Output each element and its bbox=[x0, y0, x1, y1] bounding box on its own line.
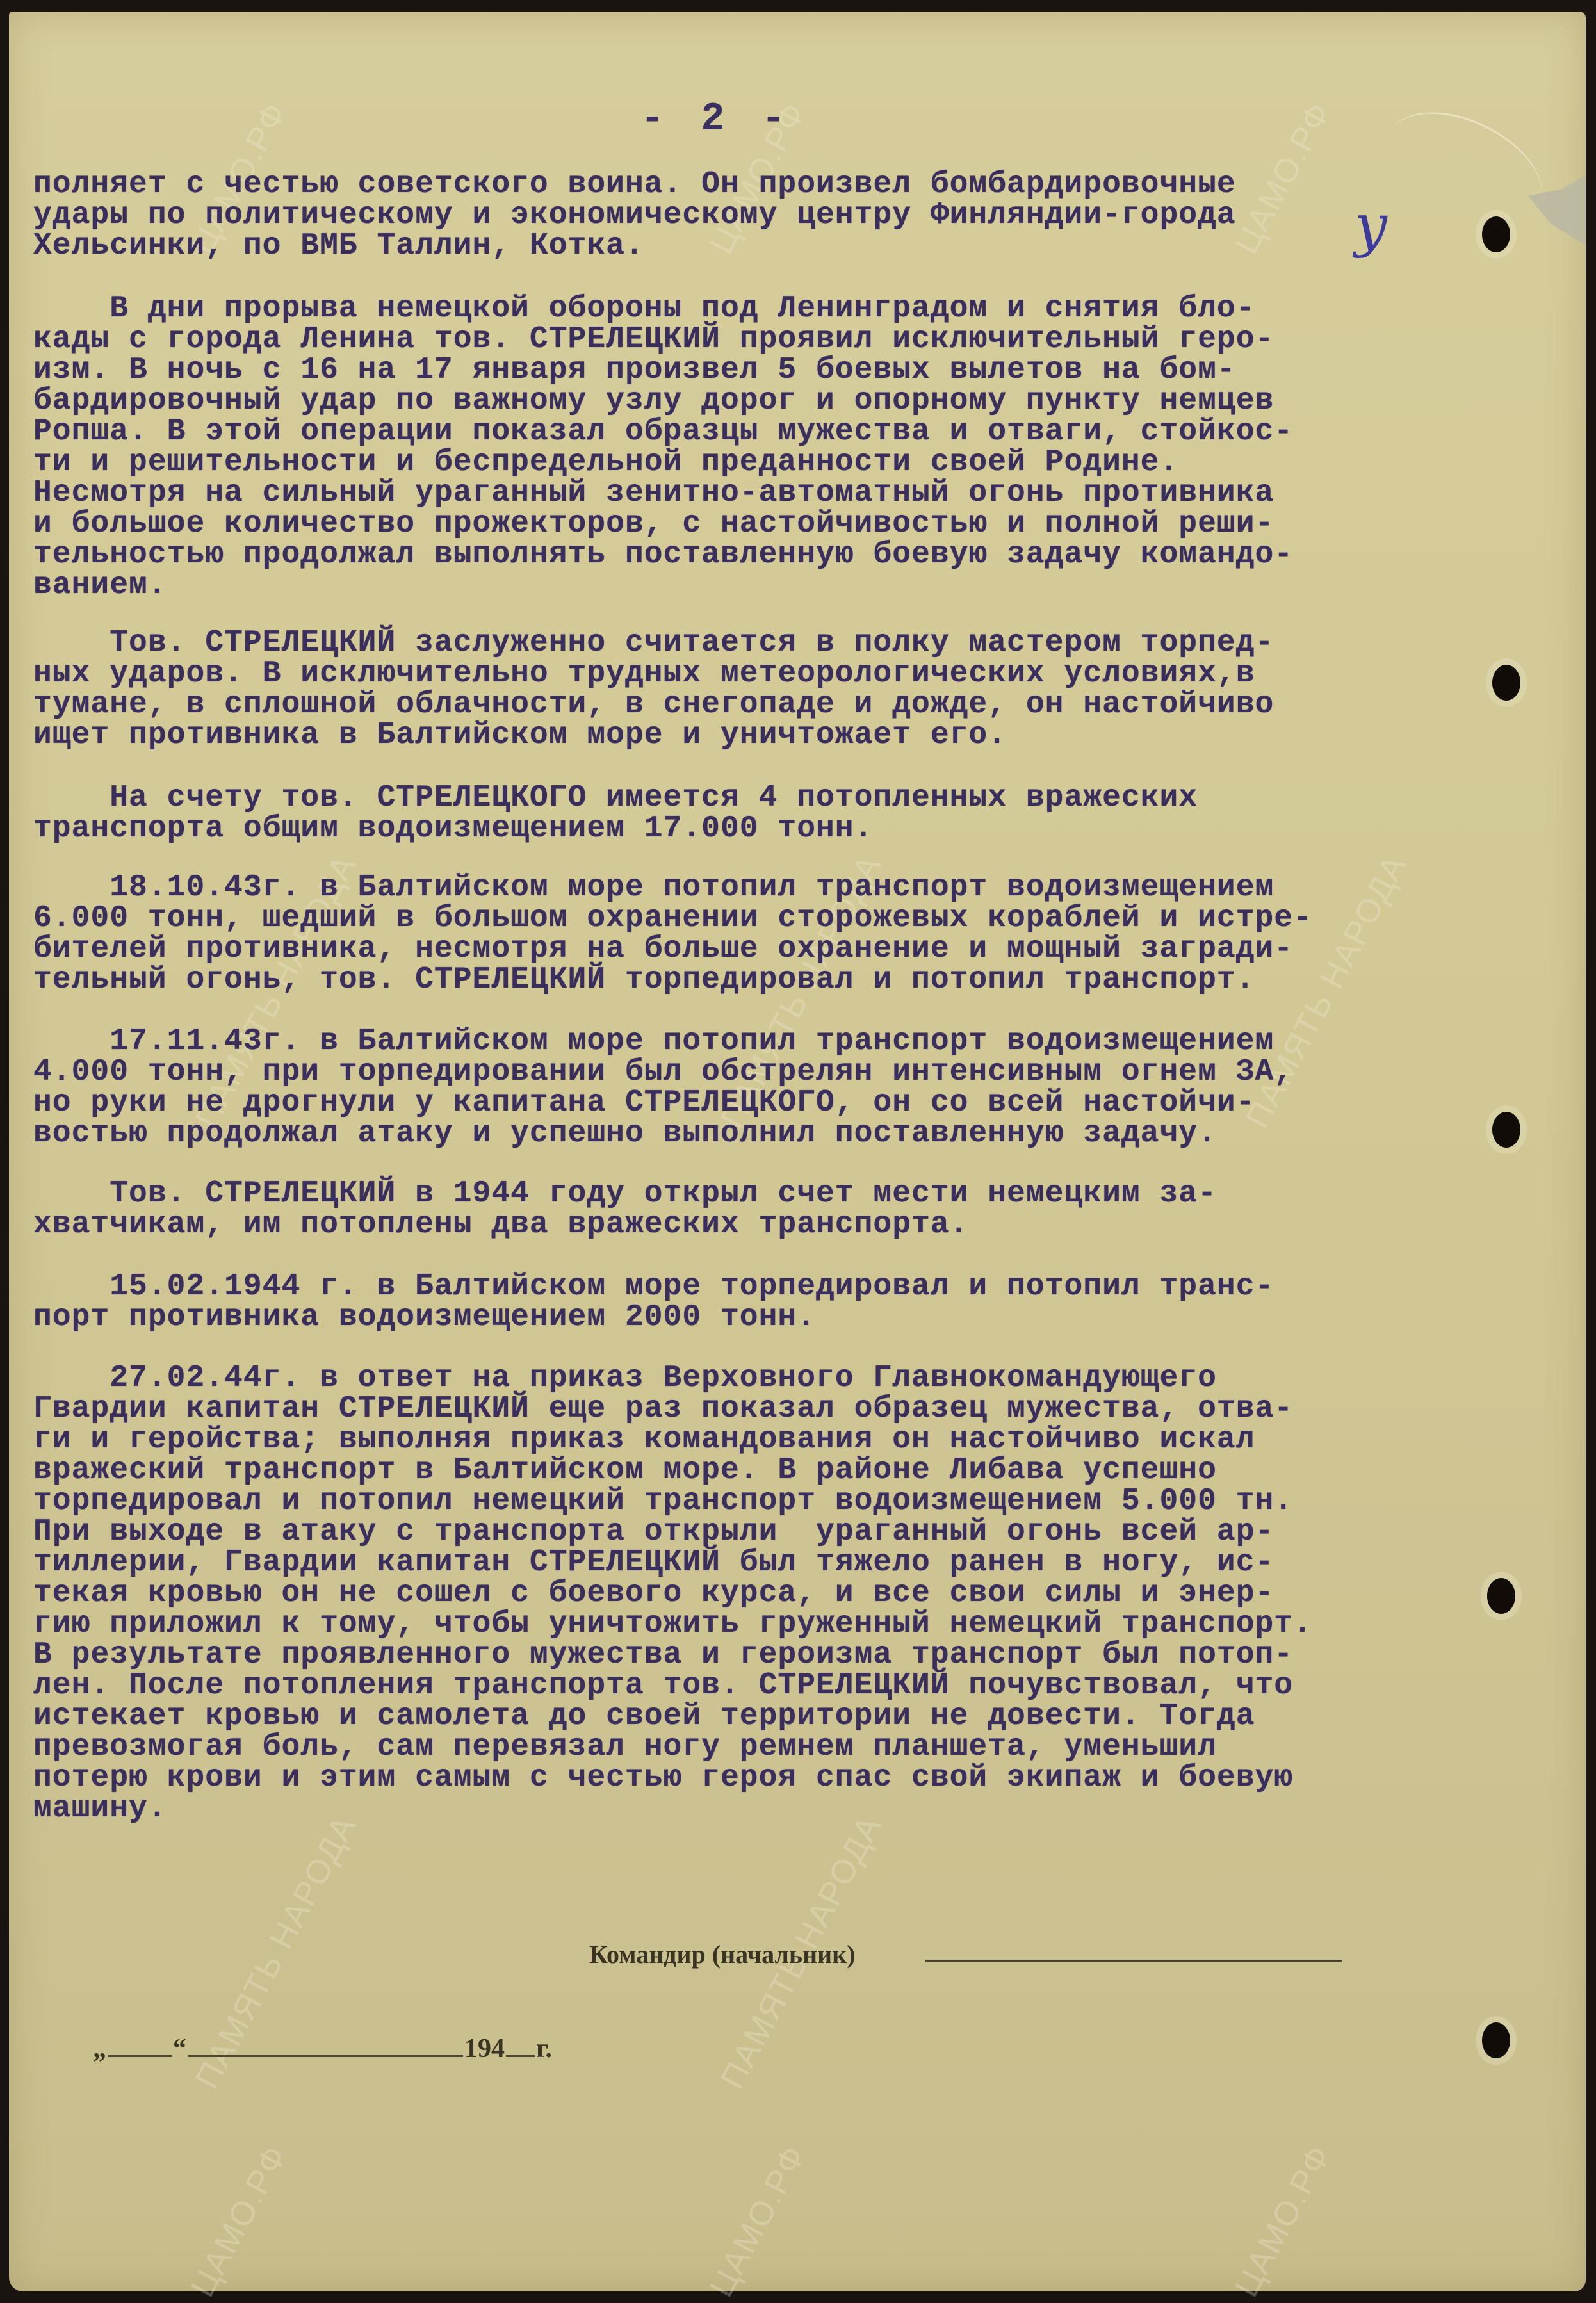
text-line: ти и решительности и беспредельной преда… bbox=[33, 447, 1468, 478]
paragraph-27-02-44: 27.02.44г. в ответ на приказ Верховного … bbox=[33, 1363, 1468, 1824]
text-line: тельностью продолжал выполнять поставлен… bbox=[33, 539, 1468, 570]
text-line: кады с города Ленина тов. СТРЕЛЕЦКИЙ про… bbox=[33, 324, 1468, 355]
punch-hole-icon bbox=[1492, 665, 1520, 701]
year-blank bbox=[506, 2055, 535, 2057]
text-line: ищет противника в Балтийском море и унич… bbox=[33, 720, 1468, 751]
text-line: ных ударов. В исключительно трудных мете… bbox=[33, 658, 1468, 689]
page-number: - 2 - bbox=[640, 96, 792, 142]
commander-signature-label: Командир (начальник) bbox=[589, 1939, 856, 1969]
punch-hole-icon bbox=[1492, 1112, 1520, 1148]
text-line: 6.000 тонн, шедший в большом охранении с… bbox=[33, 903, 1468, 934]
text-line: превозмогая боль, сам перевязал ногу рем… bbox=[33, 1732, 1468, 1762]
paragraph-17-11-43: 17.11.43г. в Балтийском море потопил тра… bbox=[33, 1026, 1468, 1149]
paragraph-1944-revenge: Тов. СТРЕЛЕЦКИЙ в 1944 году открыл счет … bbox=[33, 1178, 1468, 1240]
text-line: торпедировал и потопил немецкий транспор… bbox=[33, 1486, 1468, 1517]
paragraph-leningrad-blockade: В дни прорыва немецкой обороны под Ленин… bbox=[33, 293, 1468, 601]
date-open-quote: „ bbox=[93, 2033, 106, 2064]
day-blank bbox=[108, 2055, 172, 2057]
text-line: текая кровью он не сошел с боевого курса… bbox=[33, 1578, 1468, 1609]
text-line: хватчикам, им потоплены два вражеских тр… bbox=[33, 1209, 1468, 1240]
watermark: ЦАМО.РФ bbox=[702, 2139, 814, 2303]
text-line: 17.11.43г. в Балтийском море потопил тра… bbox=[33, 1026, 1468, 1057]
paragraph-torpedo-master: Тов. СТРЕЛЕЦКИЙ заслуженно считается в п… bbox=[33, 628, 1468, 751]
text-line: тиллерии, Гвардии капитан СТРЕЛЕЦКИЙ был… bbox=[33, 1547, 1468, 1578]
year-prefix: 194 bbox=[464, 2033, 505, 2064]
text-line: При выходе в атаку с транспорта открыли … bbox=[33, 1517, 1468, 1547]
text-line: 15.02.1944 г. в Балтийском море торпедир… bbox=[33, 1271, 1468, 1302]
text-line: но руки не дрогнули у капитана СТРЕЛЕЦКО… bbox=[33, 1087, 1468, 1118]
text-line: ванием. bbox=[33, 570, 1468, 601]
punch-hole-icon bbox=[1487, 1578, 1515, 1614]
text-line: 18.10.43г. в Балтийском море потопил тра… bbox=[33, 872, 1468, 903]
text-line: и большое количество прожекторов, с наст… bbox=[33, 509, 1468, 539]
text-line: Несмотря на сильный ураганный зенитно-ав… bbox=[33, 478, 1468, 509]
text-line: На счету тов. СТРЕЛЕЦКОГО имеется 4 пото… bbox=[33, 783, 1468, 813]
date-close-quote: “ bbox=[173, 2033, 186, 2064]
text-line: гию приложил к тому, чтобы уничтожить гр… bbox=[33, 1609, 1468, 1640]
text-line: Тов. СТРЕЛЕЦКИЙ в 1944 году открыл счет … bbox=[33, 1178, 1468, 1209]
text-line: Ропша. В этой операции показал образцы м… bbox=[33, 416, 1468, 447]
text-line: востью продолжал атаку и успешно выполни… bbox=[33, 1118, 1468, 1149]
paragraph-18-10-43: 18.10.43г. в Балтийском море потопил тра… bbox=[33, 872, 1468, 995]
text-line: Тов. СТРЕЛЕЦКИЙ заслуженно считается в п… bbox=[33, 628, 1468, 658]
text-line: В дни прорыва немецкой обороны под Ленин… bbox=[33, 293, 1468, 324]
paragraph-sunk-total: На счету тов. СТРЕЛЕЦКОГО имеется 4 пото… bbox=[33, 783, 1468, 844]
text-line: тумане, в сплошной облачности, в снегопа… bbox=[33, 689, 1468, 720]
text-line: вражеский транспорт в Балтийском море. В… bbox=[33, 1455, 1468, 1486]
text-line: удары по политическому и экономическому … bbox=[33, 200, 1468, 231]
text-line: порт противника водоизмещением 2000 тонн… bbox=[33, 1302, 1468, 1333]
text-line: ги и геройства; выполняя приказ командов… bbox=[33, 1424, 1468, 1455]
watermark: ЦАМО.РФ bbox=[1227, 2139, 1339, 2303]
text-line: изм. В ночь с 16 на 17 января произвел 5… bbox=[33, 355, 1468, 386]
text-line: машину. bbox=[33, 1793, 1468, 1824]
paragraph-bombing-helsinki: полняет с честью советского воина. Он пр… bbox=[33, 169, 1468, 261]
text-line: полняет с честью советского воина. Он пр… bbox=[33, 169, 1468, 200]
text-line: транспорта общим водоизмещением 17.000 т… bbox=[33, 813, 1468, 844]
paragraph-15-02-1944: 15.02.1944 г. в Балтийском море торпедир… bbox=[33, 1271, 1468, 1333]
month-blank bbox=[188, 2055, 463, 2057]
text-line: бардировочный удар по важному узлу дорог… bbox=[33, 386, 1468, 416]
year-suffix: г. bbox=[536, 2033, 552, 2064]
punch-hole-icon bbox=[1482, 216, 1510, 252]
text-line: В результате проявленного мужества и гер… bbox=[33, 1640, 1468, 1670]
punch-hole-icon bbox=[1482, 2022, 1510, 2058]
text-line: бителей противника, несмотря на больше о… bbox=[33, 934, 1468, 964]
watermark: ЦАМО.РФ bbox=[183, 2139, 295, 2303]
text-line: потерю крови и этим самым с честью героя… bbox=[33, 1762, 1468, 1793]
text-line: 27.02.44г. в ответ на приказ Верховного … bbox=[33, 1363, 1468, 1394]
text-line: Хельсинки, по ВМБ Таллин, Котка. bbox=[33, 231, 1468, 261]
signature-line bbox=[925, 1960, 1342, 1962]
text-line: тельный огонь, тов. СТРЕЛЕЦКИЙ торпедиро… bbox=[33, 964, 1468, 995]
text-line: 4.000 тонн, при торпедировании был обстр… bbox=[33, 1057, 1468, 1087]
text-line: лен. После потопления транспорта тов. СТ… bbox=[33, 1670, 1468, 1701]
text-line: Гвардии капитан СТРЕЛЕЦКИЙ еще раз показ… bbox=[33, 1394, 1468, 1424]
text-line: истекает кровью и самолета до своей терр… bbox=[33, 1701, 1468, 1732]
date-field: „ “ 194 г. bbox=[93, 2033, 552, 2064]
